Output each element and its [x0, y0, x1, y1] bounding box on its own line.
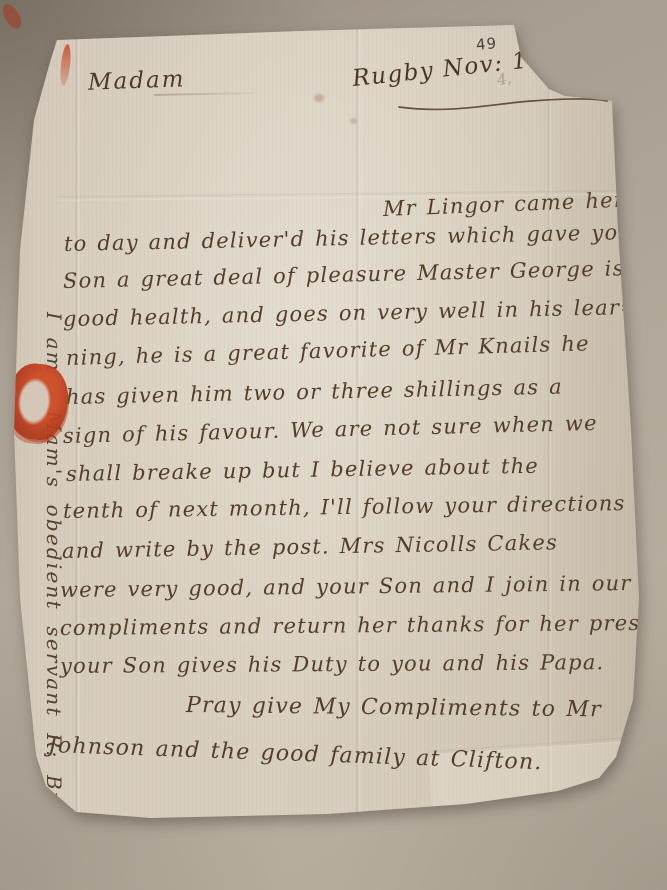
line-text: pure — [653, 254, 667, 279]
letter-paper: 49 Rugby Nov: 11th 4, Madam Mr Lingor ca… — [0, 0, 667, 890]
date-flourish-underline — [396, 92, 611, 116]
paper-shadow-wrap: 49 Rugby Nov: 11th 4, Madam Mr Lingor ca… — [0, 0, 667, 890]
letter-line: Pray give My Compliments to Mr — [186, 695, 602, 721]
inserted-word: in — [635, 256, 650, 269]
letter-line: your Son gives his Duty to you and his P… — [60, 652, 605, 677]
letter-line: compliments and return her thanks for he… — [60, 613, 667, 639]
photo-backdrop: 49 Rugby Nov: 11th 4, Madam Mr Lingor ca… — [0, 0, 667, 890]
dateline-ordinal: th — [544, 45, 563, 61]
margin-closing-part2: Mam's obedient servant R: Burrows — [42, 411, 66, 877]
salutation: Madam — [88, 68, 186, 94]
